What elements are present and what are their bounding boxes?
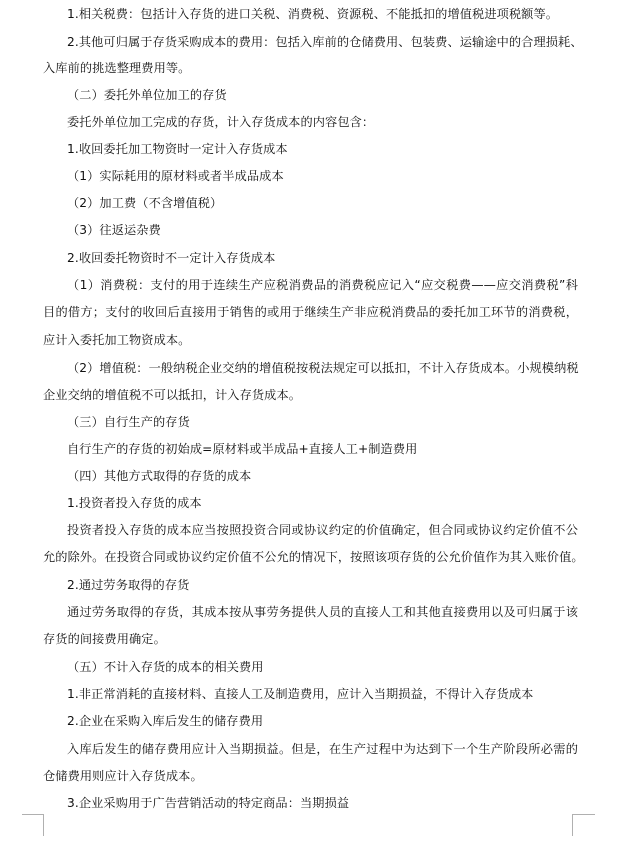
list-item: 1.收回委托加工物资时一定计入存货成本 [67,141,288,157]
list-item: （3）往返运杂费 [67,222,161,238]
paragraph-line: 企业交纳的增值税不可以抵扣，计入存货成本。 [43,387,301,403]
paragraph-line: 通过劳务取得的存货，其成本按从事劳务提供人员的直接人工和其他直接费用以及可归属于… [67,604,578,620]
paragraph-line: 应计入委托加工物资成本。 [43,332,190,348]
paragraph-line: 允的除外。在投资合同或协议约定价值不公允的情况下，按照该项存货的公允价值作为其入… [43,549,578,565]
paragraph-line: 入库后发生的储存费用应计入当期损益。但是，在生产过程中为达到下一个生产阶段所必需… [67,741,578,757]
paragraph-line: （1）消费税：支付的用于连续生产应税消费品的消费税应记入“应交税费——应交消费税… [67,277,578,293]
list-item: 1.非正常消耗的直接材料、直接人工及制造费用，应计入当期损益，不得计入存货成本 [67,686,533,702]
page-margin-corner-left [22,814,44,836]
section-heading: （二）委托外单位加工的存货 [67,87,227,103]
section-heading: （五）不计入存货的成本的相关费用 [67,659,264,675]
list-item: （2）加工费（不含增值税） [67,195,222,211]
paragraph-line: 入库前的挑选整理费用等。 [43,60,190,76]
paragraph-line: 目的借方；支付的收回后直接用于销售的或用于继续生产非应税消费品的委托加工环节的消… [43,304,578,320]
section-heading: （三）自行生产的存货 [67,414,190,430]
list-item: （1）实际耗用的原材料或者半成品成本 [67,168,284,184]
paragraph-line: 自行生产的存货的初始成=原材料或半成品+直接人工+制造费用 [67,441,417,457]
list-item: 1.投资者投入存货的成本 [67,495,202,511]
list-item: 2.收回委托物资时不一定计入存货成本 [67,250,275,266]
page-margin-corner-right [572,814,595,836]
paragraph-line: 1.相关税费：包括计入存货的进口关税、消费税、资源税、不能抵扣的增值税进项税额等… [67,6,558,22]
paragraph-line: （2）增值税：一般纳税企业交纳的增值税按税法规定可以抵扣，不计入存货成本。小规模… [67,360,578,376]
paragraph-line: 委托外单位加工完成的存货，计入存货成本的内容包含： [67,114,374,130]
list-item: 3.企业采购用于广告营销活动的特定商品：当期损益 [67,795,349,811]
section-heading: （四）其他方式取得的存货的成本 [67,468,251,484]
list-item: 2.通过劳务取得的存货 [67,577,189,593]
paragraph-line: 仓储费用则应计入存货成本。 [43,768,203,784]
paragraph-line: 存货的间接费用确定。 [43,631,166,647]
list-item: 2.企业在采购入库后发生的储存费用 [67,713,263,729]
document-page: 1.相关税费：包括计入存货的进口关税、消费税、资源税、不能抵扣的增值税进项税额等… [0,0,622,858]
paragraph-line: 2.其他可归属于存货采购成本的费用：包括入库前的仓储费用、包装费、运输途中的合理… [67,34,578,50]
paragraph-line: 投资者投入存货的成本应当按照投资合同或协议约定的价值确定，但合同或协议约定价值不… [67,522,578,538]
